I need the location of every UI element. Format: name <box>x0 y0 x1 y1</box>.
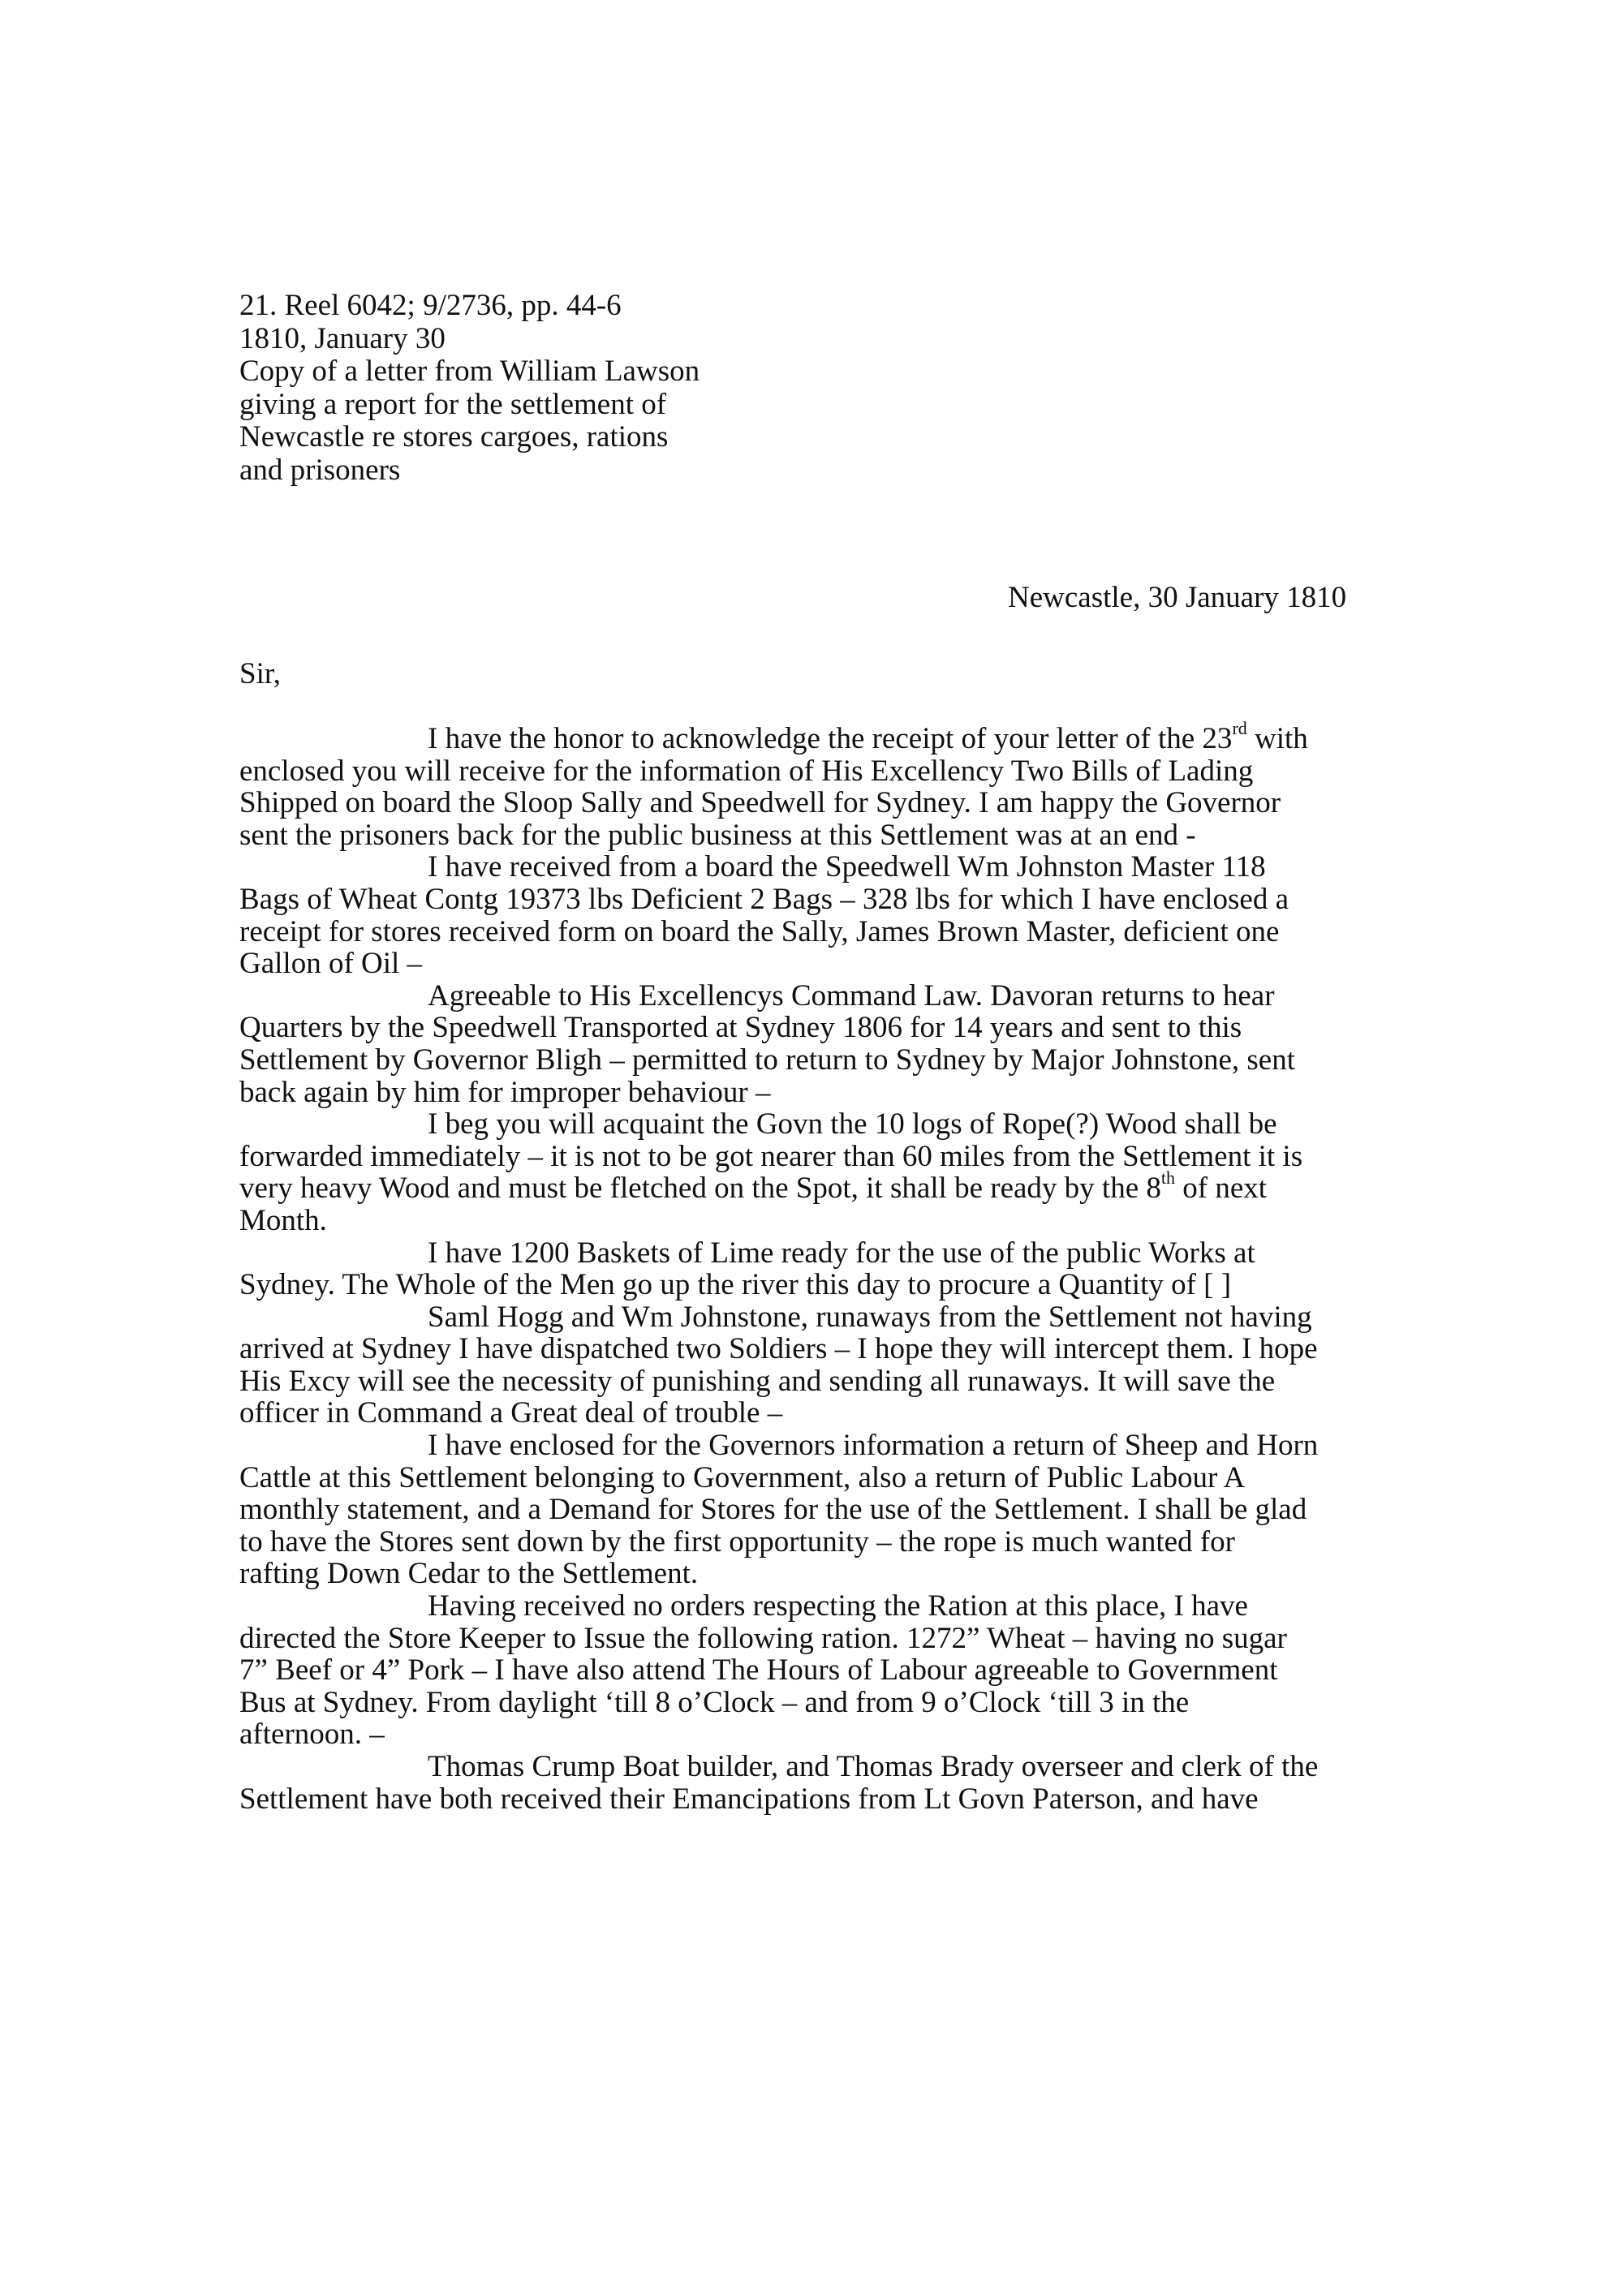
letter-line: to have the Stores sent down by the firs… <box>239 1526 1369 1559</box>
letter-line: Agreeable to His Excellencys Command Law… <box>239 980 1369 1013</box>
letter-line: Settlement have both received their Eman… <box>239 1783 1369 1816</box>
letter-line: Bags of Wheat Contg 19373 lbs Deficient … <box>239 884 1369 916</box>
letter-line: monthly statement, and a Demand for Stor… <box>239 1494 1369 1526</box>
letter-line: back again by him for improper behaviour… <box>239 1077 1369 1109</box>
date-line: 1810, January 30 <box>239 323 700 356</box>
letter-line: I have received from a board the Speedwe… <box>239 851 1369 884</box>
letter-line: I have enclosed for the Governors inform… <box>239 1430 1369 1462</box>
description-line: giving a report for the settlement of <box>239 389 700 422</box>
letter-line: afternoon. – <box>239 1718 1369 1751</box>
letter-line: Bus at Sydney. From daylight ‘till 8 o’C… <box>239 1687 1369 1719</box>
letter-line: Month. <box>239 1205 1369 1237</box>
letter-line: I have 1200 Baskets of Lime ready for th… <box>239 1237 1369 1270</box>
document-page: 21. Reel 6042; 9/2736, pp. 44-6 1810, Ja… <box>0 0 1623 2296</box>
letter-line: Gallon of Oil – <box>239 948 1369 980</box>
ordinal-suffix: rd <box>1232 718 1246 738</box>
letter-line: Thomas Crump Boat builder, and Thomas Br… <box>239 1751 1369 1783</box>
letter-line: Quarters by the Speedwell Transported at… <box>239 1012 1369 1044</box>
ordinal-suffix: th <box>1161 1167 1175 1188</box>
letter-line: Shipped on board the Sloop Sally and Spe… <box>239 787 1369 819</box>
description-line: Copy of a letter from William Lawson <box>239 355 700 389</box>
letter-line: rafting Down Cedar to the Settlement. <box>239 1558 1369 1590</box>
letter-line: 7” Beef or 4” Pork – I have also attend … <box>239 1654 1369 1687</box>
letter-line: officer in Command a Great deal of troub… <box>239 1397 1369 1430</box>
letter-line: arrived at Sydney I have dispatched two … <box>239 1333 1369 1365</box>
letter-line: I beg you will acquaint the Govn the 10 … <box>239 1108 1369 1141</box>
letter-line: sent the prisoners back for the public b… <box>239 819 1369 852</box>
letter-line: Cattle at this Settlement belonging to G… <box>239 1462 1369 1494</box>
letter-line: receipt for stores received form on boar… <box>239 916 1369 948</box>
letter-line: Settlement by Governor Bligh – permitted… <box>239 1044 1369 1077</box>
letter-place-date: Newcastle, 30 January 1810 <box>1008 582 1346 614</box>
letter-line: Sydney. The Whole of the Men go up the r… <box>239 1269 1369 1301</box>
letter-body: I have the honor to acknowledge the rece… <box>239 723 1369 1815</box>
description-line: Newcastle re stores cargoes, rations <box>239 421 700 454</box>
letter-line: very heavy Wood and must be fletched on … <box>239 1172 1369 1205</box>
letter-line: His Excy will see the necessity of punis… <box>239 1365 1369 1398</box>
reference-line: 21. Reel 6042; 9/2736, pp. 44-6 <box>239 290 700 323</box>
description-line: and prisoners <box>239 454 700 488</box>
letter-line: forwarded immediately – it is not to be … <box>239 1141 1369 1173</box>
letter-line: directed the Store Keeper to Issue the f… <box>239 1623 1369 1655</box>
document-header: 21. Reel 6042; 9/2736, pp. 44-6 1810, Ja… <box>239 290 700 487</box>
letter-salutation: Sir, <box>239 658 281 690</box>
letter-line: Saml Hogg and Wm Johnstone, runaways fro… <box>239 1301 1369 1334</box>
letter-line: Having received no orders respecting the… <box>239 1590 1369 1623</box>
letter-line: enclosed you will receive for the inform… <box>239 755 1369 788</box>
letter-line: I have the honor to acknowledge the rece… <box>239 723 1369 755</box>
